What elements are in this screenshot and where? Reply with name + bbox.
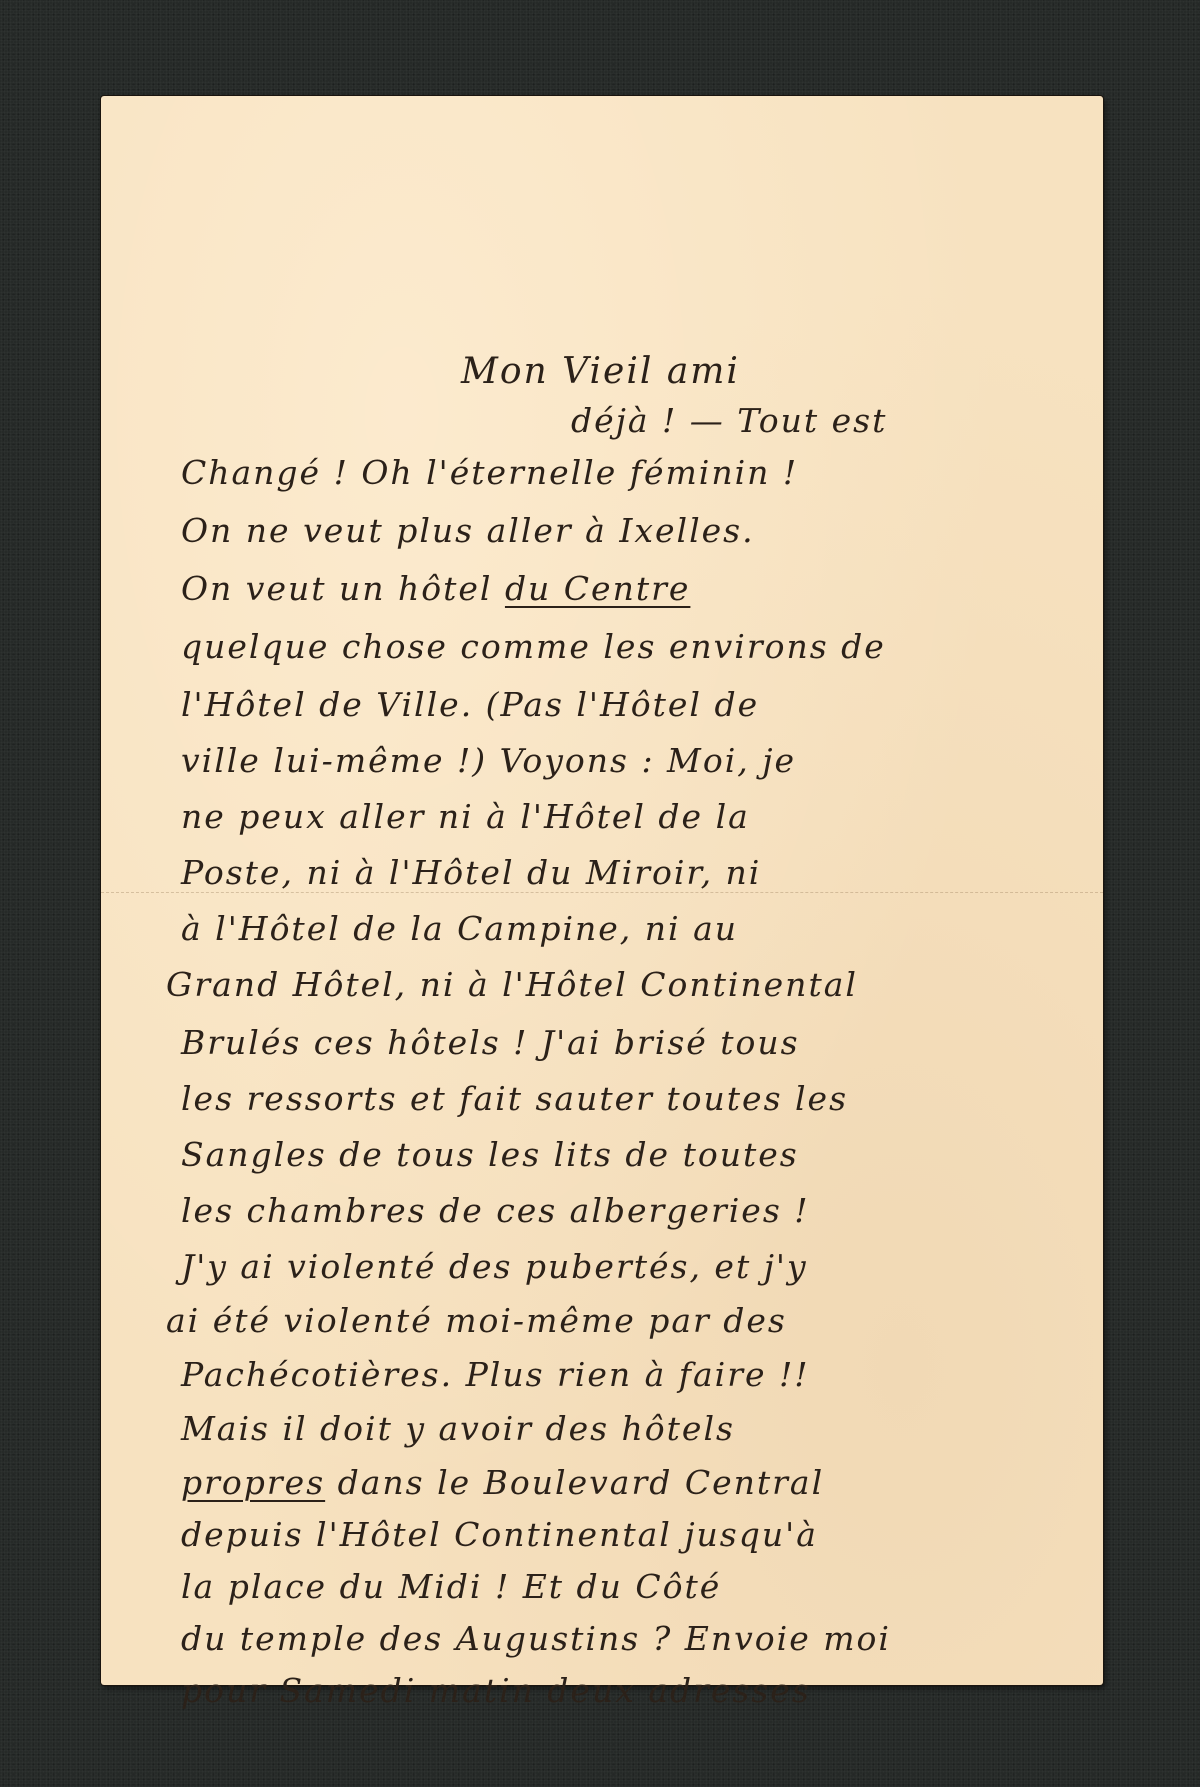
- underlined-du-centre: du Centre: [505, 569, 690, 608]
- letter-line-23: du temple des Augustins ? Envoie moi: [181, 1622, 891, 1655]
- letter-line-15: les chambres de ces albergeries !: [181, 1194, 810, 1227]
- salutation: Mon Vieil ami: [461, 354, 740, 390]
- letter-line-11: Grand Hôtel, ni à l'Hôtel Continental: [166, 968, 858, 1001]
- letter-line-1: déjà ! — Tout est: [571, 404, 887, 437]
- letter-line-20: propres dans le Boulevard Central: [181, 1466, 824, 1499]
- letter-line-19: Mais il doit y avoir des hôtels: [181, 1412, 735, 1445]
- letter-line-22: la place du Midi ! Et du Côté: [181, 1570, 721, 1603]
- letter-line-18: Pachécotières. Plus rien à faire !!: [181, 1358, 810, 1391]
- letter-line-24: pour Samedi matin deux adresses: [181, 1674, 811, 1707]
- letter-line-5: quelque chose comme les environs de: [181, 630, 886, 663]
- line-4-start: On veut un hôtel: [181, 569, 505, 608]
- letter-line-17: ai été violenté moi-même par des: [166, 1304, 787, 1337]
- letter-line-10: à l'Hôtel de la Campine, ni au: [181, 912, 738, 945]
- line-20-rest: dans le Boulevard Central: [325, 1463, 824, 1502]
- letter-line-14: Sangles de tous les lits de toutes: [181, 1138, 799, 1171]
- letter-line-8: ne peux aller ni à l'Hôtel de la: [181, 800, 750, 833]
- paper-fold-line: [101, 892, 1103, 893]
- letter-line-21: depuis l'Hôtel Continental jusqu'à: [181, 1518, 818, 1551]
- letter-line-3: On ne veut plus aller à Ixelles.: [181, 514, 755, 547]
- letter-line-6: l'Hôtel de Ville. (Pas l'Hôtel de: [181, 688, 759, 721]
- letter-line-4: On veut un hôtel du Centre: [181, 572, 690, 605]
- letter-line-2: Changé ! Oh l'éternelle féminin !: [181, 456, 798, 489]
- letter-line-9: Poste, ni à l'Hôtel du Miroir, ni: [181, 856, 761, 889]
- letter-line-7: ville lui-même !) Voyons : Moi, je: [181, 744, 796, 777]
- letter-line-13: les ressorts et fait sauter toutes les: [181, 1082, 848, 1115]
- letter-sheet: Mon Vieil ami déjà ! — Tout est Changé !…: [101, 96, 1103, 1685]
- letter-line-12: Brulés ces hôtels ! J'ai brisé tous: [181, 1026, 800, 1059]
- letter-line-16: J'y ai violenté des pubertés, et j'y: [181, 1250, 808, 1283]
- underlined-propres: propres: [181, 1463, 325, 1502]
